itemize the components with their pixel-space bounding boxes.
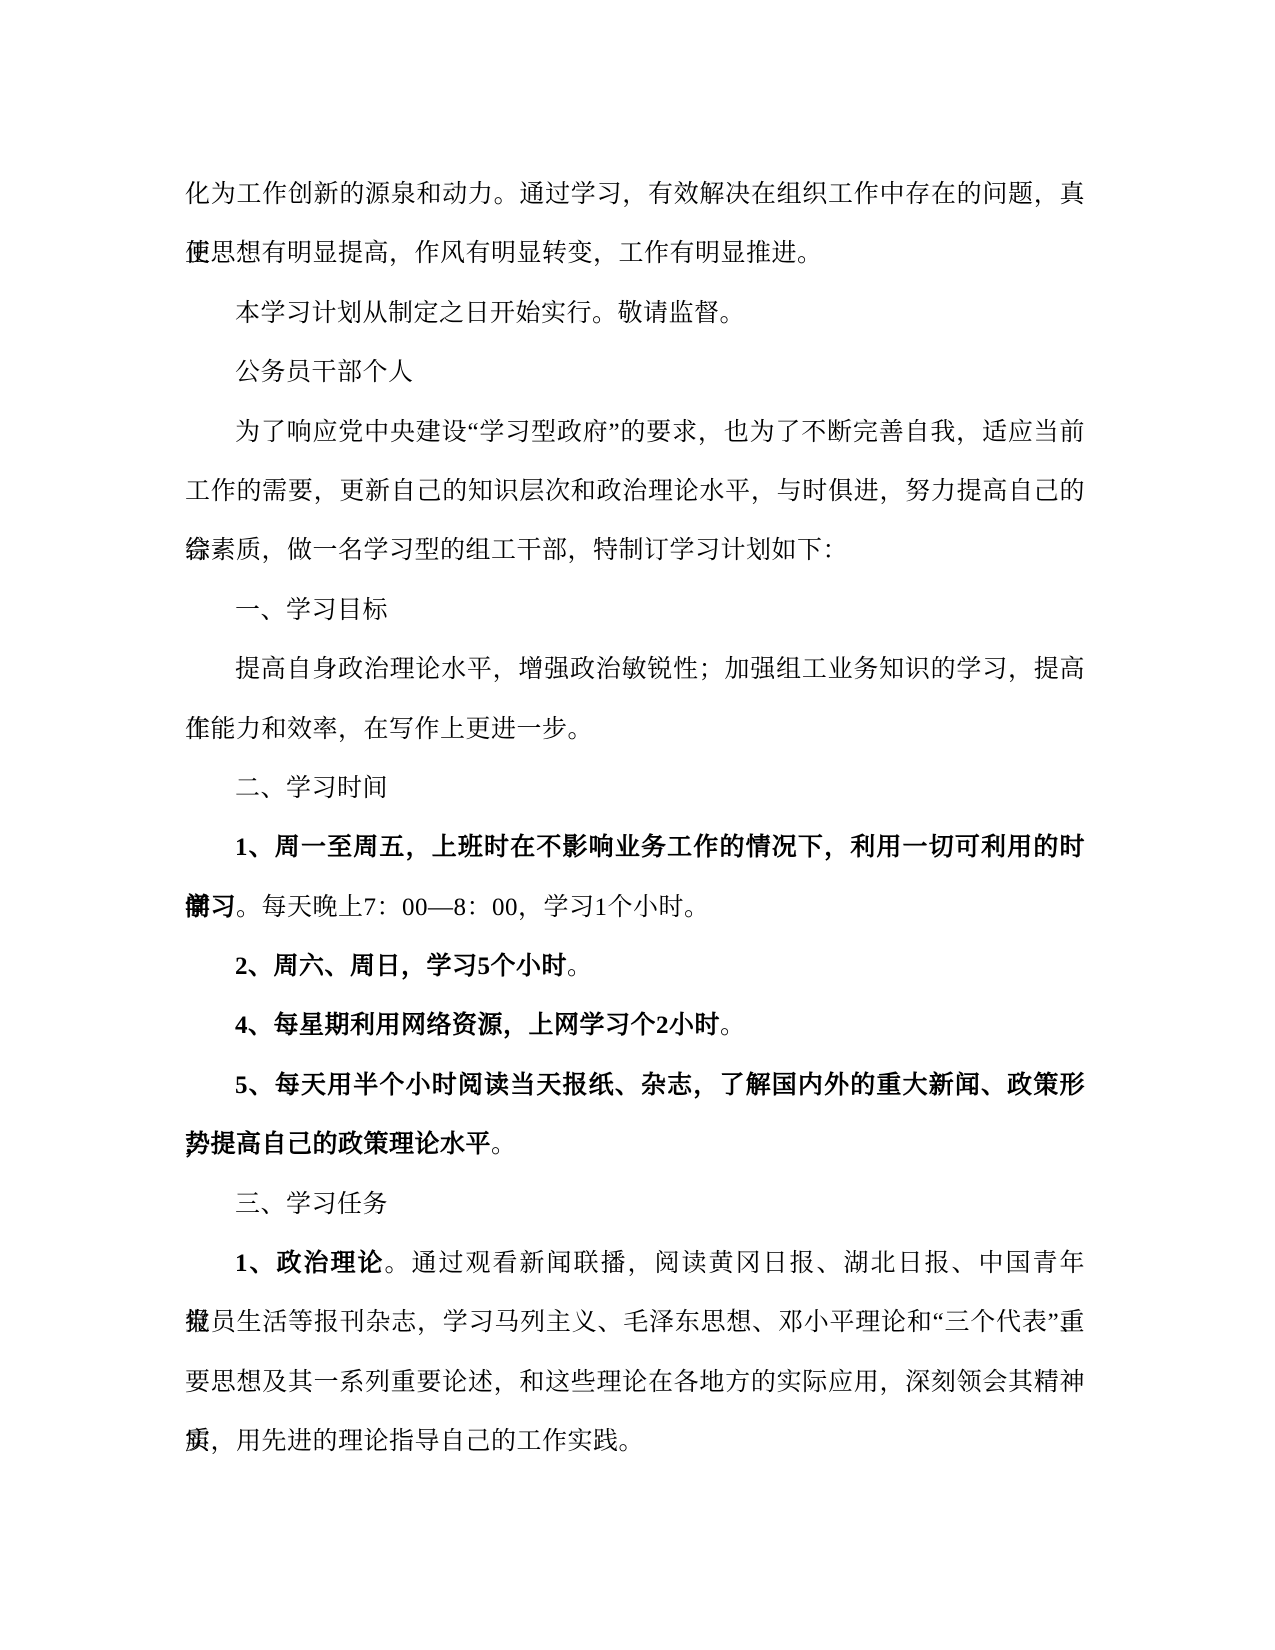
text-segment: 党员生活等报刊杂志，学习马列主义、毛泽东思想、邓小平理论和“三个代表”重	[185, 1309, 1085, 1336]
bold-text-segment: 4、每星期利用网络资源，上网学习个2小时	[235, 1012, 720, 1039]
text-line: 2、周六、周日，学习5个小时。	[185, 937, 1085, 996]
text-line: 1、周一至周五，上班时在不影响业务工作的情况下，利用一切可利用的时间	[185, 818, 1085, 877]
text-segment: 作能力和效率，在写作上更进一步。	[185, 716, 593, 743]
text-segment: 本学习计划从制定之日开始实行。敬请监督。	[235, 300, 745, 327]
text-segment: 使思想有明显提高，作风有明显转变，工作有明显推进。	[185, 240, 823, 267]
text-segment: 三、学习任务	[235, 1191, 388, 1218]
document-page: 化为工作创新的源泉和动力。通过学习，有效解决在组织工作中存在的问题，真正使思想有…	[0, 0, 1275, 1650]
bold-text-segment: 学习	[185, 894, 236, 921]
text-line: 4、每星期利用网络资源，上网学习个2小时。	[185, 996, 1085, 1055]
text-line: 二、学习时间	[185, 759, 1085, 818]
text-line: 本学习计划从制定之日开始实行。敬请监督。	[185, 284, 1085, 343]
text-segment: 一、学习目标	[235, 597, 388, 624]
text-segment: 。	[720, 1012, 746, 1039]
text-segment: 。	[567, 953, 593, 980]
text-line: 化为工作创新的源泉和动力。通过学习，有效解决在组织工作中存在的问题，真正	[185, 165, 1085, 224]
text-line: 5、每天用半个小时阅读当天报纸、杂志，了解国内外的重大新闻、政策形势	[185, 1056, 1085, 1115]
text-segment: 。	[491, 1131, 517, 1158]
bold-text-segment: ，提高自己的政策理论水平	[185, 1131, 491, 1158]
text-segment: 质，用先进的理论指导自己的工作实践。	[185, 1428, 644, 1455]
text-line: 作能力和效率，在写作上更进一步。	[185, 700, 1085, 759]
text-line: 学习。每天晚上7：00—8：00，学习1个小时。	[185, 878, 1085, 937]
text-segment: 公务员干部个人	[235, 359, 414, 386]
text-line: 提高自身政治理论水平，增强政治敏锐性；加强组工业务知识的学习，提高工	[185, 640, 1085, 699]
text-line: 三、学习任务	[185, 1175, 1085, 1234]
text-line: 使思想有明显提高，作风有明显转变，工作有明显推进。	[185, 224, 1085, 283]
text-line: 质，用先进的理论指导自己的工作实践。	[185, 1412, 1085, 1471]
text-line: 要思想及其一系列重要论述，和这些理论在各地方的实际应用，深刻领会其精神实	[185, 1353, 1085, 1412]
text-line: 一、学习目标	[185, 581, 1085, 640]
text-segment: 二、学习时间	[235, 775, 388, 802]
text-segment: 合素质，做一名学习型的组工干部，特制订学习计划如下：	[185, 537, 848, 564]
text-line: 党员生活等报刊杂志，学习马列主义、毛泽东思想、邓小平理论和“三个代表”重	[185, 1293, 1085, 1352]
text-segment: 为了响应党中央建设“学习型政府”的要求，也为了不断完善自我，适应当前	[235, 419, 1085, 446]
text-line: 为了响应党中央建设“学习型政府”的要求，也为了不断完善自我，适应当前	[185, 403, 1085, 462]
text-line: 1、政治理论。通过观看新闻联播，阅读黄冈日报、湖北日报、中国青年报、	[185, 1234, 1085, 1293]
text-line: 合素质，做一名学习型的组工干部，特制订学习计划如下：	[185, 521, 1085, 580]
text-line: 工作的需要，更新自己的知识层次和政治理论水平，与时俱进，努力提高自己的综	[185, 462, 1085, 521]
text-segment: 。每天晚上7：00—8：00，学习1个小时。	[236, 894, 710, 921]
bold-text-segment: 1、政治理论	[235, 1250, 385, 1277]
text-line: 公务员干部个人	[185, 343, 1085, 402]
text-line: ，提高自己的政策理论水平。	[185, 1115, 1085, 1174]
document-body: 化为工作创新的源泉和动力。通过学习，有效解决在组织工作中存在的问题，真正使思想有…	[185, 165, 1085, 1472]
bold-text-segment: 2、周六、周日，学习5个小时	[235, 953, 567, 980]
